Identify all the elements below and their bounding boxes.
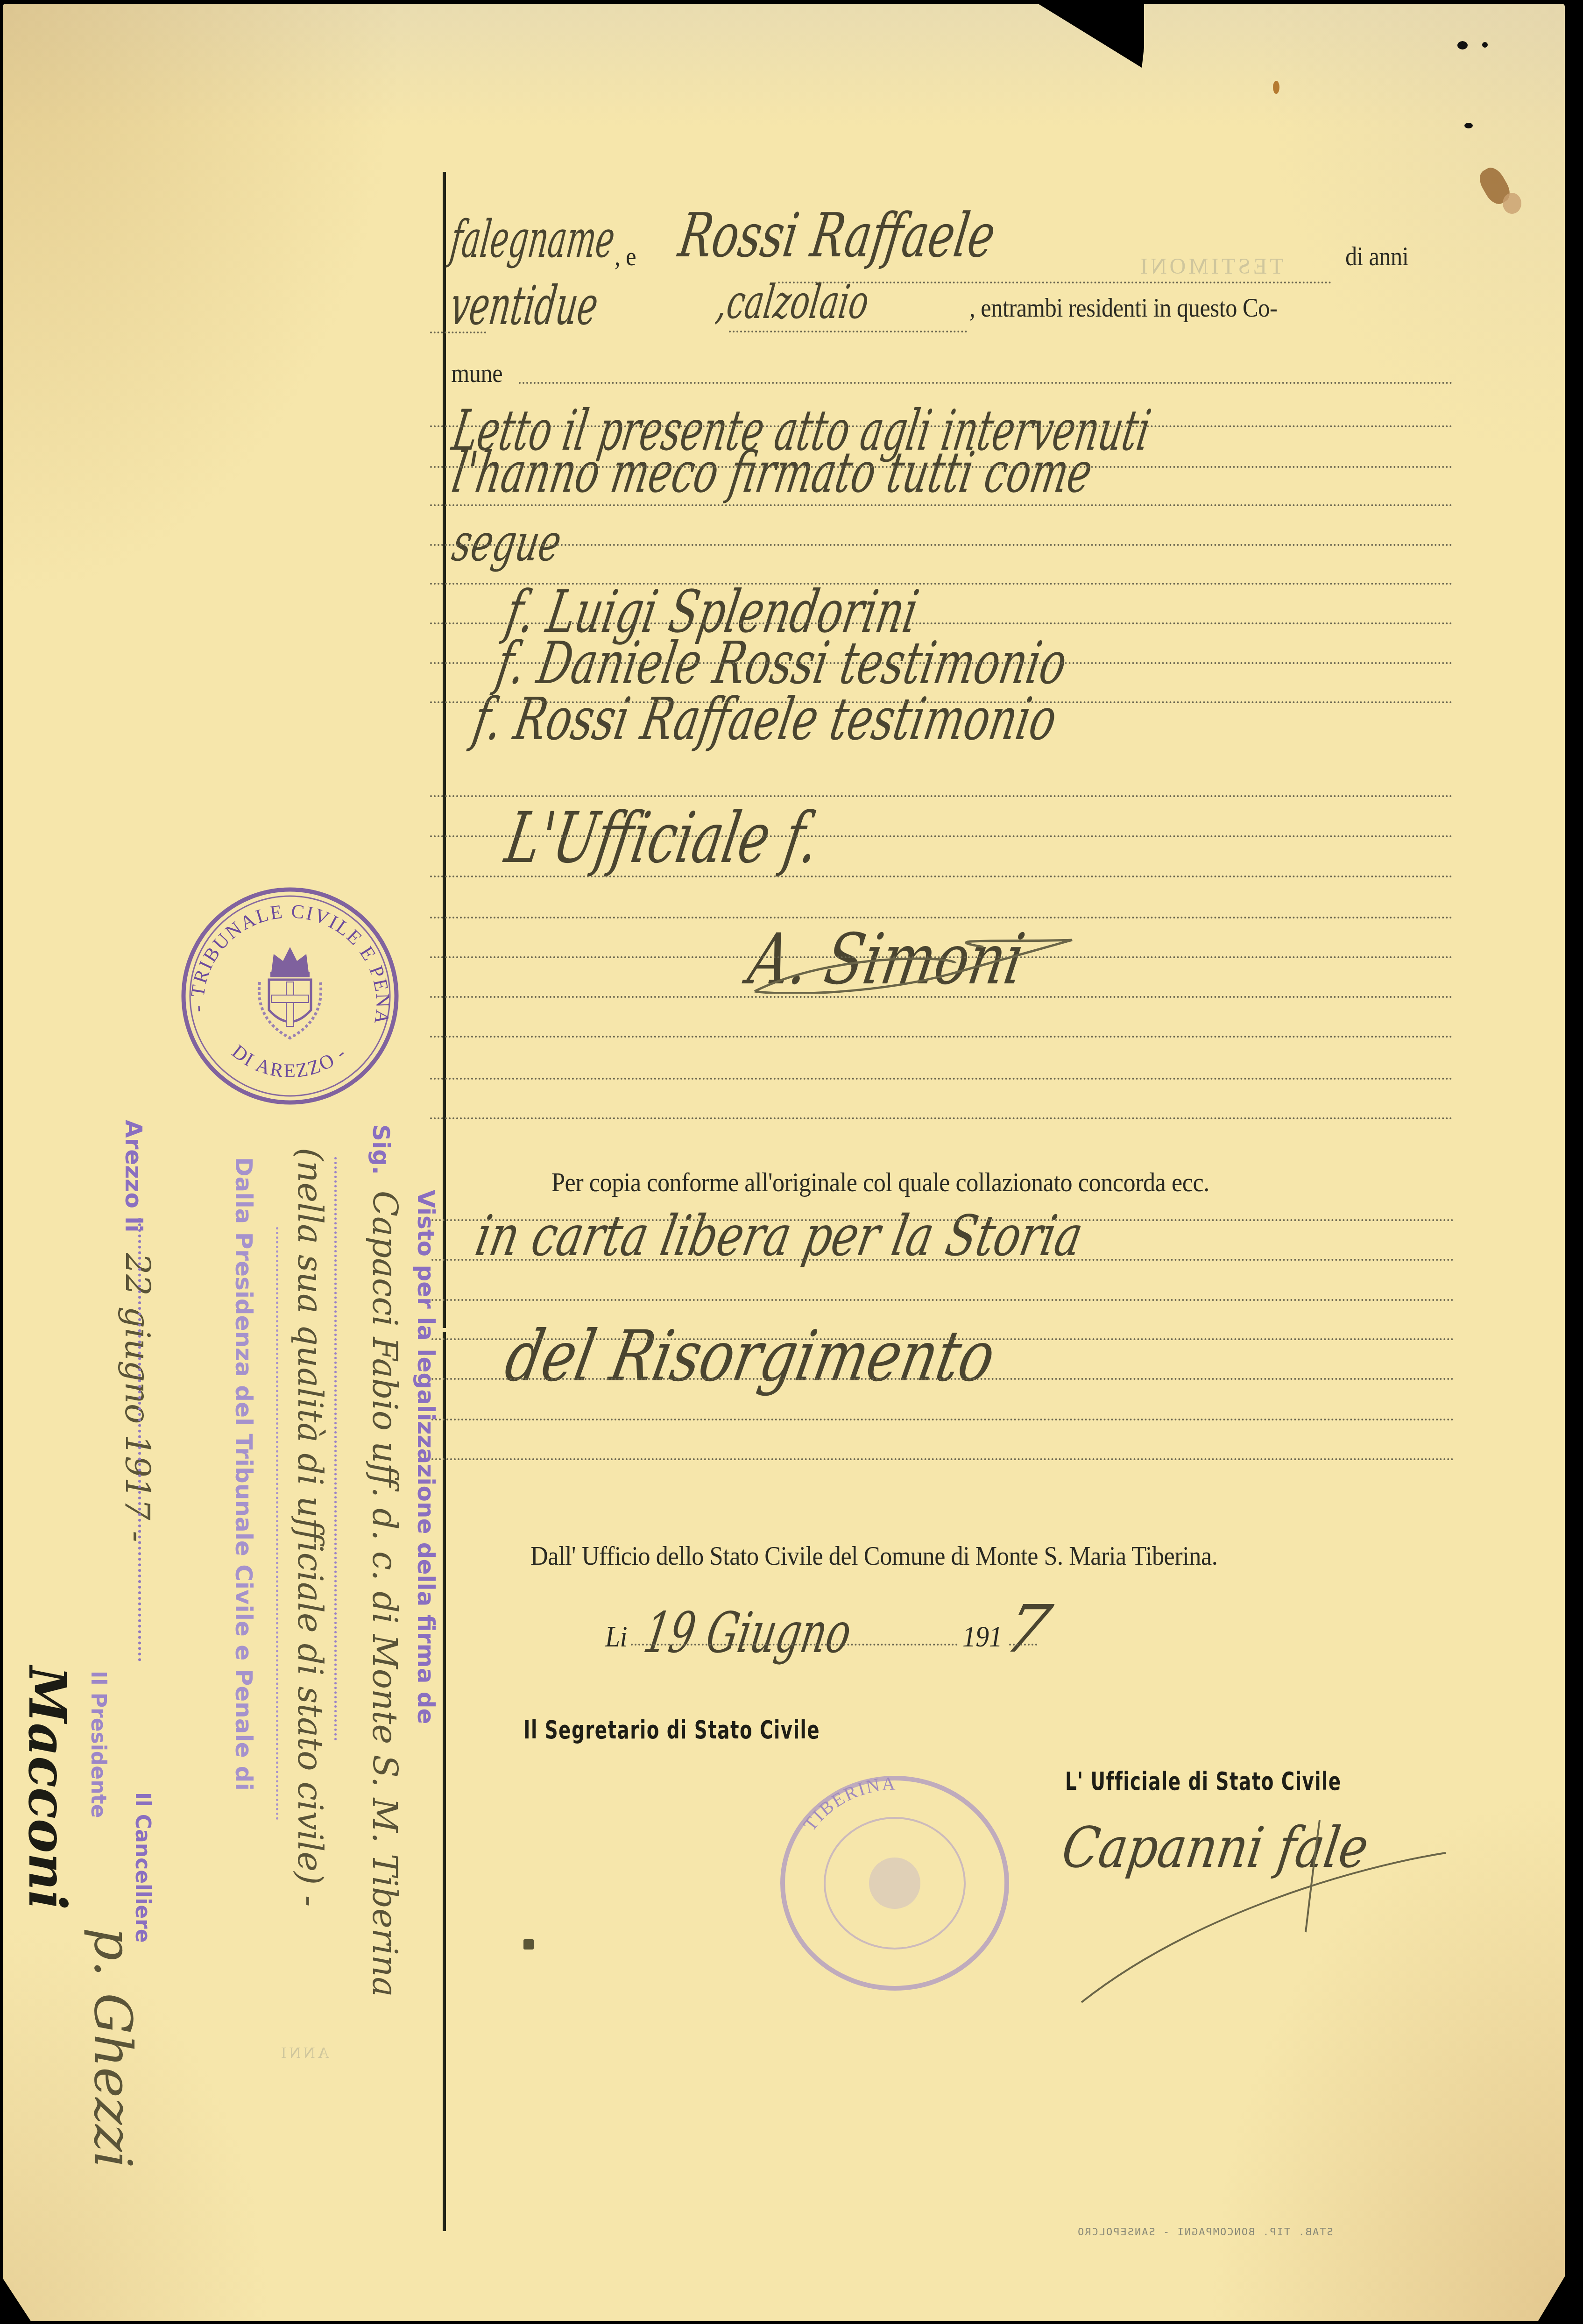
chancellor-signature: p. Ghezzi [83,1928,143,2168]
stain-spot [1457,41,1468,49]
date-prefix: Li [605,1619,627,1654]
fill-line [430,425,1453,427]
rule-gap [442,1328,447,1332]
officer-label: L' Ufficiale di Stato Civile [1065,1766,1342,1796]
fill-line [430,466,1453,468]
fill-line [1009,1644,1037,1646]
fill-line [430,1117,1453,1119]
fill-line [430,583,1453,585]
fill-line [431,1299,1454,1301]
printed-conjunction: , e [615,242,636,272]
stain-spot [1273,81,1279,94]
copy-conformity-statement: Per copia conforme all'originale col qua… [551,1166,1209,1198]
printed-word-continuation: mune [451,359,502,389]
legalization-stamp-line4: Dalla Presidenza del Tribunale Civile e … [230,1157,257,1791]
date-year-printed: 191 [962,1619,1002,1654]
stain-spot [1482,42,1488,48]
signature-officer-label: L'Ufficiale f. [500,798,825,879]
fill-line [430,956,1453,958]
fill-line [430,1078,1453,1080]
fill-line [430,876,1453,877]
fill-line [431,1338,1454,1340]
fill-line [430,917,1453,918]
president-signature: Macconi [17,1666,78,1910]
signature-rossi-raffaele: f. Rossi Raffaele testimonio [468,685,1062,753]
printed-residence-text: , entrambi residenti in questo Co- [969,293,1277,323]
handwritten-occupation: falegname [447,209,618,269]
tribunal-stamp-top-text: - TRIBUNALE CIVILE E PENALE [178,884,393,1027]
ink-blot [523,1939,534,1950]
fill-line [430,622,1453,624]
fill-line [431,1419,1454,1420]
bleed-through-text: TESTIMONI [1138,254,1284,279]
stain-spot [1503,193,1521,214]
office-of-issue-line: Dall' Ufficio dello Stato Civile del Com… [530,1540,1217,1571]
legalization-fill-line [334,1157,337,1741]
bleed-through-text: ANNI [278,2044,329,2062]
fill-line [431,1378,1454,1380]
tribunal-stamp: - TRIBUNALE CIVILE E PENALE DI AREZZO - [178,884,402,1108]
printer-imprint: STAB. TIP. BONCOMPAGNI - SANSEPOLCRO [1077,2226,1333,2238]
handwritten-date-day-month: 19 Giugno [639,1601,856,1666]
fill-line [430,662,1453,664]
legalization-president-stamp: Il Presidente [86,1671,110,1818]
municipal-stamp-text: TIBERINA [799,1773,897,1835]
fill-line [430,996,1453,998]
legalization-fill-line [276,1227,278,1820]
fill-line [430,1036,1453,1038]
fill-line [430,701,1453,703]
handwritten-date-year-digit: 7 [997,1591,1058,1667]
handwritten-witness-name: Rossi Raffaele [674,200,1000,271]
municipal-stamp: TIBERINA [778,1773,1011,1993]
legalization-chancellor-stamp: Il Cancelliere [131,1792,155,1943]
fill-line [431,1458,1454,1460]
tribunal-stamp-bottom-text: DI AREZZO - [228,1041,351,1082]
signature-flourish [694,914,1077,994]
handwritten-age: ventidue [447,275,601,337]
printed-age-label: di anni [1345,242,1408,272]
legalization-line2: Sig. Capacci Fabio uff. d. c. di Monte S… [365,1124,404,1997]
fill-line [431,1219,1454,1221]
handwritten-risorgimento-note: del Risorgimento [499,1316,1002,1397]
legalization-fill-line [138,1218,141,1661]
officer-signature-flourish [1077,1806,1460,2007]
legalization-line3: (nella sua qualità di ufficiale di stato… [290,1148,330,1907]
margin-rule [443,172,446,2231]
handwritten-line: segue [448,513,566,572]
handwritten-line: l'hanno meco firmato tutti come [448,440,1097,505]
fill-line [729,331,967,332]
fill-line [431,1259,1454,1261]
fill-line [430,544,1453,546]
fill-line [430,795,1453,797]
stain-spot [1464,123,1473,128]
document-page: TESTIMONI ANNI falegname , e Rossi Raffa… [3,4,1565,2321]
fill-line [519,382,1453,384]
fill-line [430,504,1453,506]
savoy-shield-icon [259,980,321,1038]
fill-line [430,835,1453,837]
handwritten-occupation-2: ,calzolaio [714,275,873,329]
legalization-line5: Arezzo li 22 giugno 1917 - [118,1120,157,1542]
fill-line [430,332,486,333]
legalization-stamp-line1: Visto per la legalizzazione della firma … [412,1190,439,1724]
fill-line [631,1644,958,1646]
savoy-crown-icon [270,947,310,977]
secretary-label: Il Segretario di Stato Civile [523,1715,820,1745]
